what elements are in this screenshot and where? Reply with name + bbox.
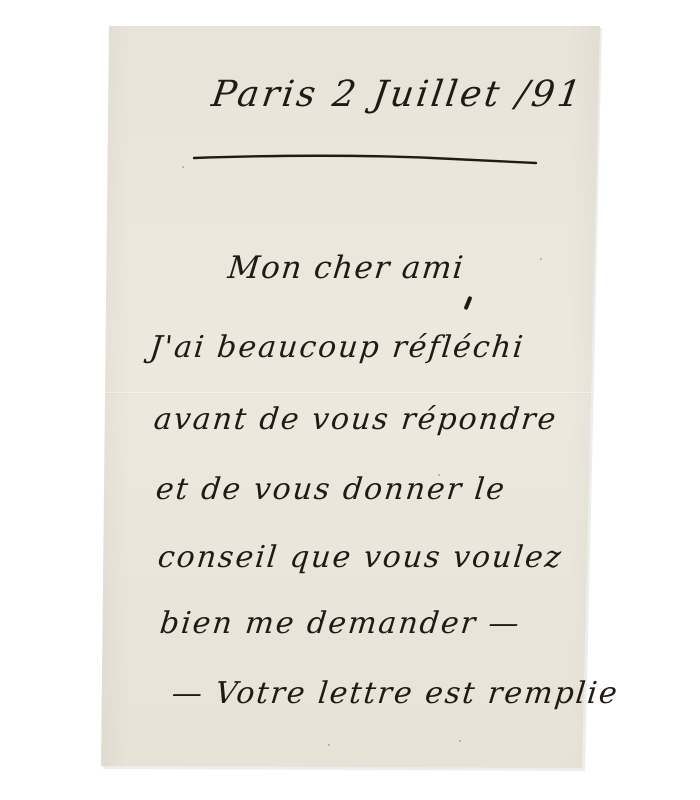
letter-body-line: avant de vous répondre bbox=[152, 402, 559, 437]
letter-body-line: — Votre lettre est remplie bbox=[170, 676, 620, 711]
letter-body-line: J'ai beaucoup réfléchi bbox=[148, 330, 526, 365]
paper-speck bbox=[182, 166, 184, 168]
paper-speck bbox=[540, 258, 542, 260]
paper-speck bbox=[459, 740, 461, 742]
date-underline bbox=[192, 152, 538, 166]
letter-date-line: Paris 2 Juillet /91 bbox=[209, 74, 586, 115]
letter-salutation: Mon cher ami bbox=[226, 250, 466, 286]
paper-fold-line bbox=[104, 392, 592, 394]
letter-body-line: conseil que vous voulez bbox=[156, 540, 564, 575]
letter-body-line: et de vous donner le bbox=[154, 472, 508, 507]
paper-speck bbox=[328, 744, 330, 746]
letter-body-line: bien me demander — bbox=[158, 606, 522, 641]
